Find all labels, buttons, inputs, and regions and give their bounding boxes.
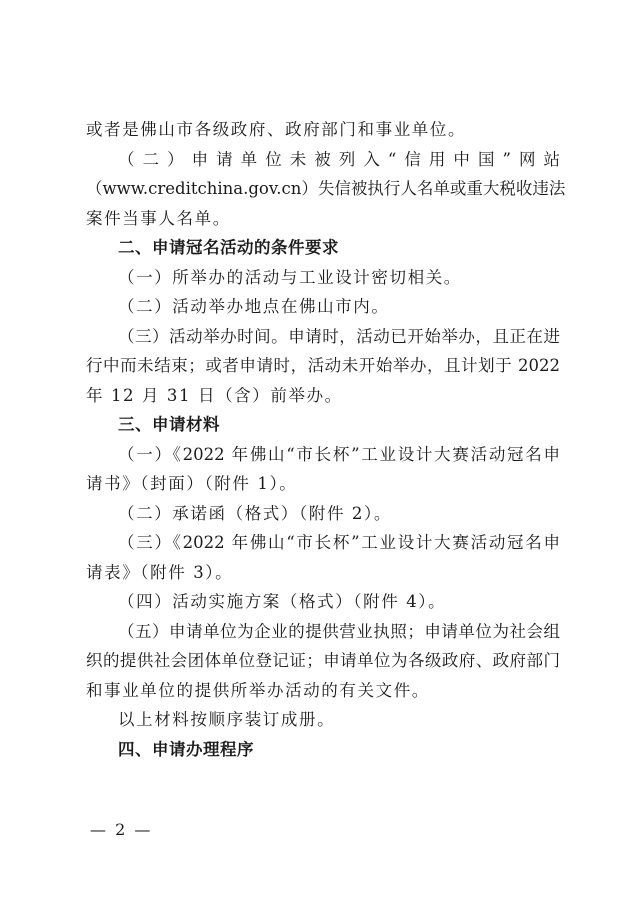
paragraph-line: 行中而未结束；或者申请时，活动未开始举办，且计划于 2022 (86, 356, 560, 376)
paragraph-line: （三）活动举办时间。申请时，活动已开始举办，且正在进 (118, 327, 560, 347)
paragraph-line: 请书》（封面）（附件 1）。 (86, 474, 560, 494)
paragraph-line: （一）所举办的活动与工业设计密切相关。 (118, 268, 560, 288)
paragraph-line: 和事业单位的提供所举办活动的有关文件。 (86, 681, 560, 701)
paragraph-line: （五）申请单位为企业的提供营业执照；申请单位为社会组 (118, 622, 560, 642)
paragraph-line: 请表》（附件 3）。 (86, 563, 560, 583)
paragraph-line: （四）活动实施方案（格式）（附件 4）。 (118, 592, 560, 612)
section-heading: 二、申请冠名活动的条件要求 (118, 238, 560, 258)
page-number: — 2 — (90, 820, 152, 839)
paragraph-line: （二）申请单位未被列入“信用中国”网站 (118, 150, 560, 170)
paragraph-line: （三）《2022 年佛山“市长杯”工业设计大赛活动冠名申 (118, 533, 560, 553)
section-heading: 四、申请办理程序 (118, 740, 560, 760)
paragraph-line: 以上材料按顺序装订成册。 (118, 710, 560, 730)
paragraph-line: 案件当事人名单。 (86, 209, 560, 229)
paragraph-line: 或者是佛山市各级政府、政府部门和事业单位。 (86, 120, 560, 140)
paragraph-line: （www.creditchina.gov.cn）失信被执行人名单或重大税收违法 (86, 179, 560, 199)
paragraph-line: （一）《2022 年佛山“市长杯”工业设计大赛活动冠名申 (118, 445, 560, 465)
section-heading: 三、申请材料 (118, 415, 560, 435)
paragraph-line: 年 12 月 31 日（含）前举办。 (86, 386, 560, 406)
document-page: 或者是佛山市各级政府、政府部门和事业单位。 （二）申请单位未被列入“信用中国”网… (0, 0, 640, 905)
paragraph-line: （二）承诺函（格式）（附件 2）。 (118, 504, 560, 524)
paragraph-line: 织的提供社会团体单位登记证；申请单位为各级政府、政府部门 (86, 651, 560, 671)
paragraph-line: （二）活动举办地点在佛山市内。 (118, 297, 560, 317)
